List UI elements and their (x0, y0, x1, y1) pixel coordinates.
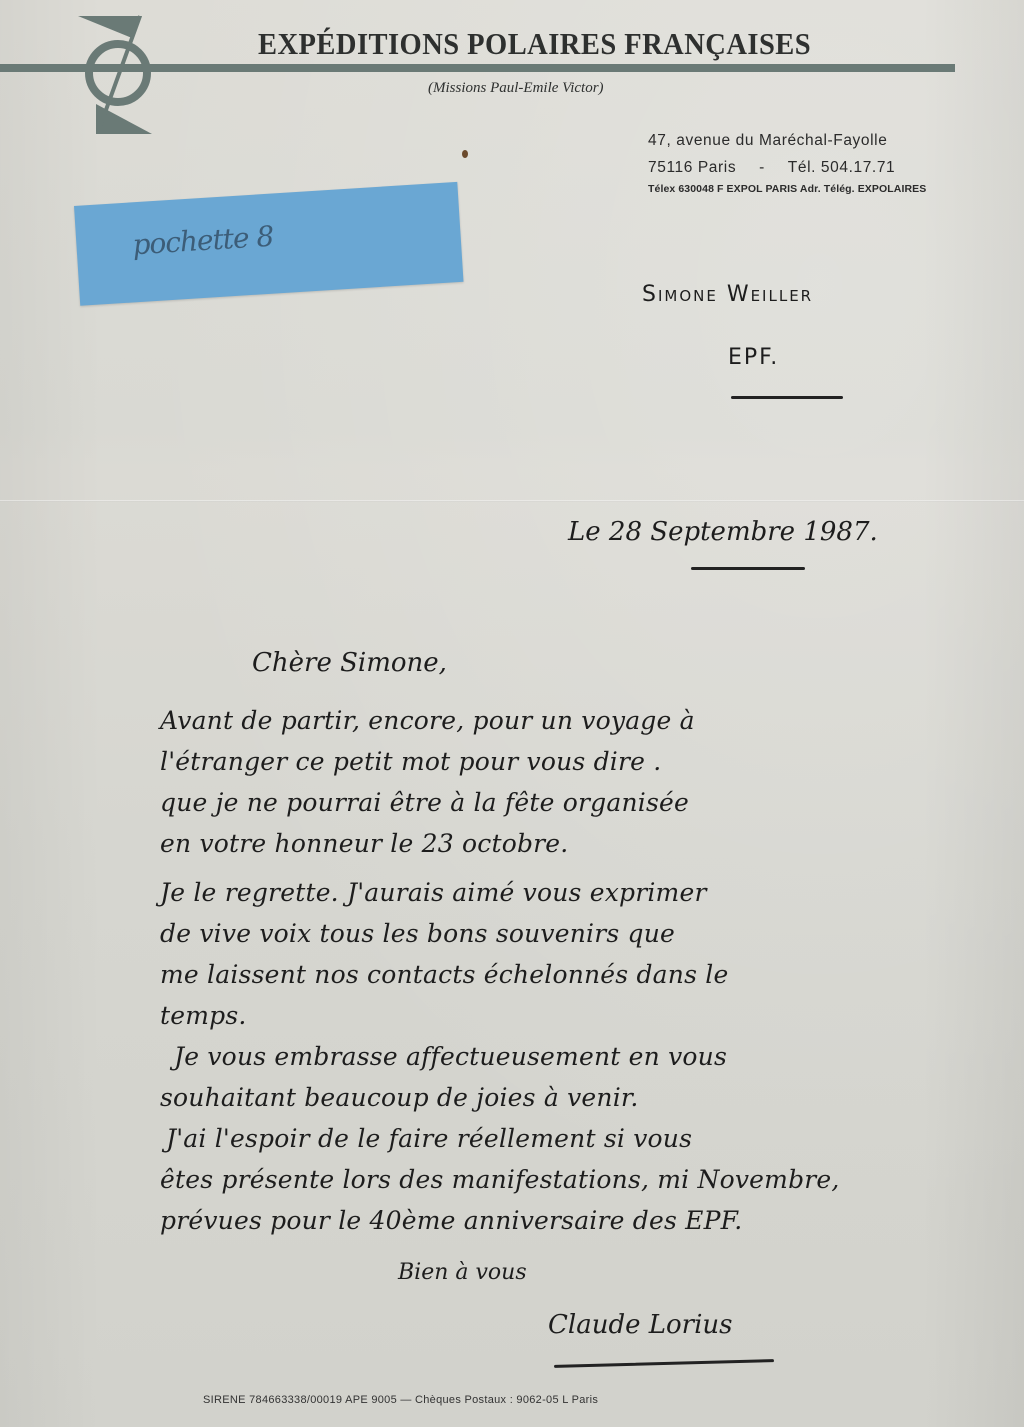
organization-name: EXPÉDITIONS POLAIRES FRANÇAISES (258, 26, 811, 62)
letter-salutation: Chère Simone, (252, 648, 447, 678)
letterhead-footer: SIRENE 784663338/00019 APE 9005 — Chèque… (203, 1394, 598, 1406)
body-line: en votre honneur le 23 octobre. (160, 823, 940, 864)
epf-emblem-icon (60, 6, 180, 138)
ink-spot (462, 150, 468, 158)
address-phone: Tél. 504.17.71 (788, 154, 896, 181)
body-line: de vive voix tous les bons souvenirs que (160, 913, 940, 954)
address-separator: - (759, 154, 765, 181)
body-line: souhaitant beaucoup de joies à venir. (160, 1077, 940, 1118)
organization-subtitle: (Missions Paul-Emile Victor) (428, 80, 604, 97)
signature-underline (554, 1359, 774, 1368)
body-line: prévues pour le 40ème anniversaire des E… (160, 1200, 940, 1241)
sticky-note-tab: pochette 8 (74, 182, 464, 306)
letter-body: Avant de partir, encore, pour un voyage … (160, 700, 940, 1241)
recipient-underline (731, 396, 843, 399)
body-line: l'étranger ce petit mot pour vous dire . (160, 741, 940, 782)
address-city-phone: 75116 Paris - Tél. 504.17.71 (648, 154, 926, 181)
recipient-organization: EPF. (728, 345, 779, 370)
letter-closing: Bien à vous (398, 1260, 527, 1285)
body-line: Je vous embrasse affectueusement en vous (160, 1036, 940, 1077)
sticky-note-label: pochette 8 (132, 220, 275, 262)
signature: Claude Lorius (548, 1310, 733, 1340)
address-telex: Télex 630048 F EXPOL PARIS Adr. Télég. E… (648, 183, 926, 195)
paper-fold-line (0, 500, 1024, 502)
date-underline (691, 567, 805, 570)
body-line: temps. (160, 995, 940, 1036)
letter-date: Le 28 Septembre 1987. (568, 517, 878, 547)
body-line: me laissent nos contacts échelonnés dans… (160, 954, 940, 995)
recipient-name: Simone Weiller (642, 282, 813, 307)
letterhead-address: 47, avenue du Maréchal-Fayolle 75116 Par… (648, 127, 926, 195)
body-line: Je le regrette. J'aurais aimé vous expri… (160, 872, 940, 913)
body-line: êtes présente lors des manifestations, m… (160, 1159, 940, 1200)
address-city: 75116 Paris (648, 154, 736, 181)
body-line: que je ne pourrai être à la fête organis… (160, 782, 940, 823)
body-line: J'ai l'espoir de le faire réellement si … (160, 1118, 940, 1159)
body-line: Avant de partir, encore, pour un voyage … (160, 700, 940, 741)
address-street: 47, avenue du Maréchal-Fayolle (648, 127, 926, 154)
